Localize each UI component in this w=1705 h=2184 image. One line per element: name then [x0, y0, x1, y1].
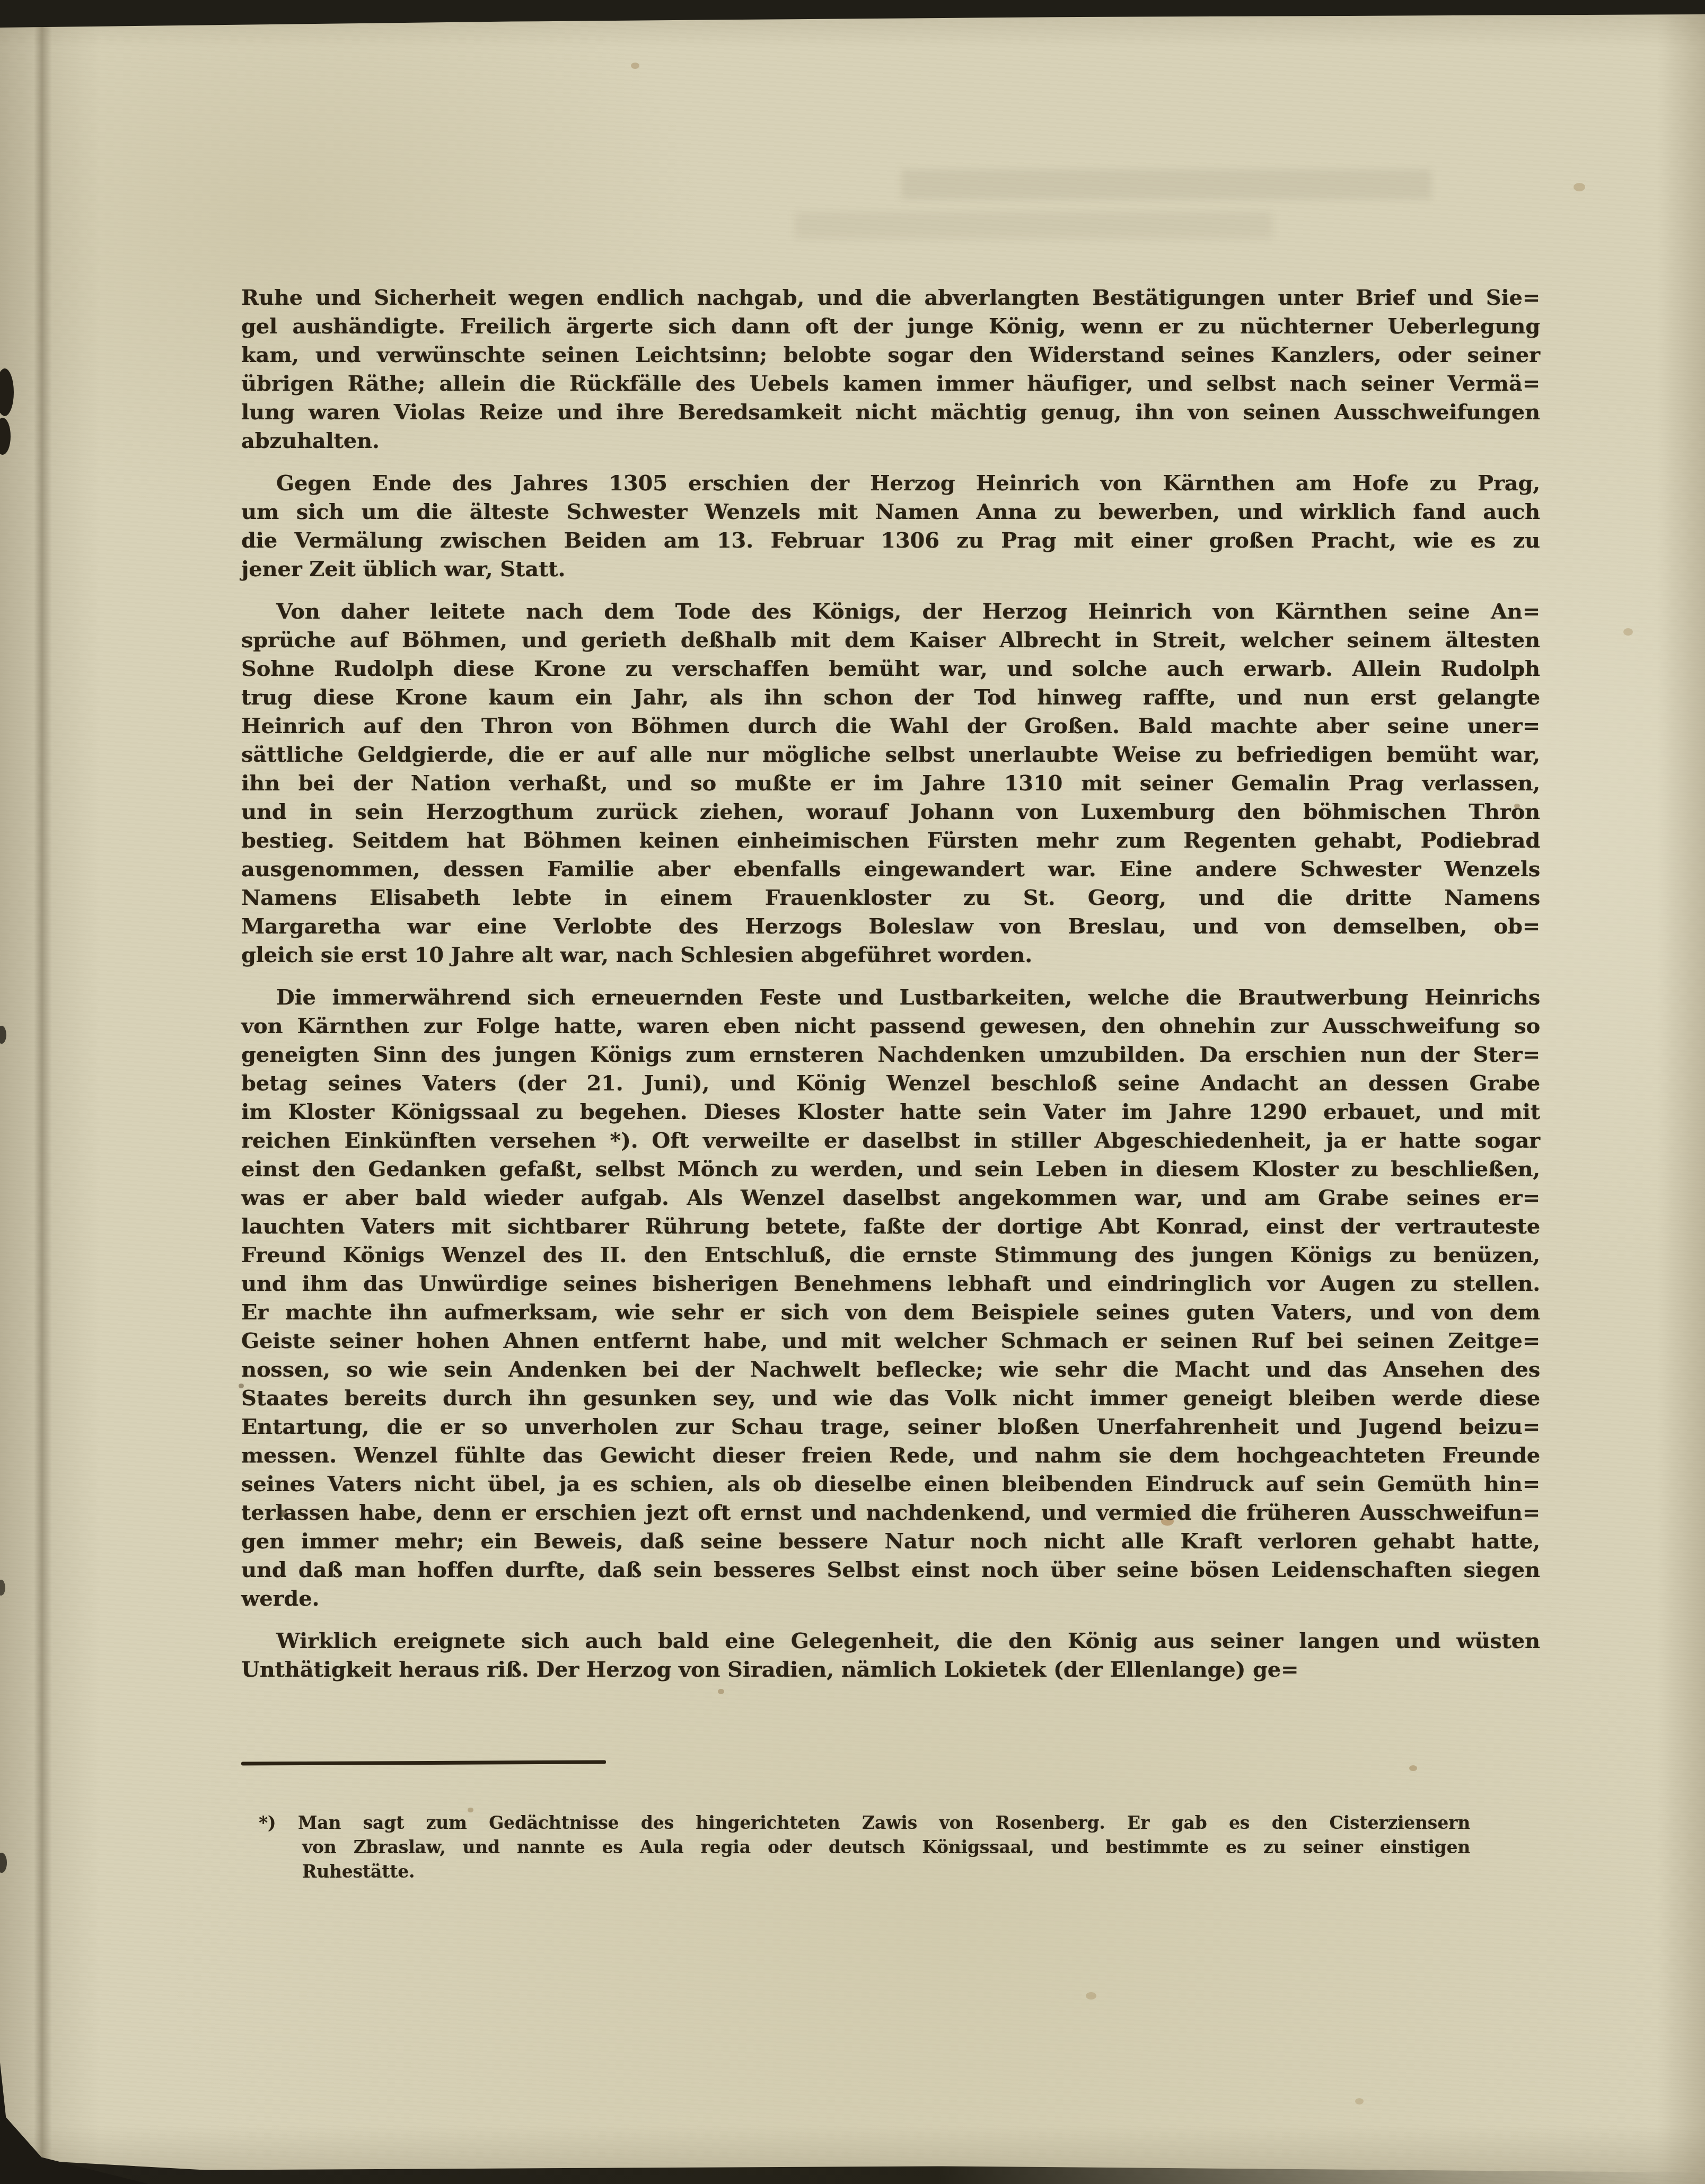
text-line: lung waren Violas Reize und ihre Beredsa…: [241, 398, 1540, 427]
paragraph: Gegen Ende des Jahres 1305 erschien der …: [241, 469, 1540, 584]
text-line: Freund Königs Wenzel des II. den Entschl…: [241, 1241, 1540, 1270]
foxing-spot: [1086, 1992, 1096, 2000]
text-line: geneigten Sinn des jungen Königs zum ern…: [241, 1041, 1540, 1069]
footnote-separator-rule: [241, 1760, 606, 1765]
text-line: Die immerwährend sich erneuernden Feste …: [241, 983, 1540, 1012]
text-line: gel aushändigte. Freilich ärgerte sich d…: [241, 312, 1540, 341]
binding-shadow-top: [0, 0, 1705, 28]
foxing-spot: [1409, 1765, 1417, 1771]
footnote-line: *) Man sagt zum Gedächtnisse des hingeri…: [259, 1811, 1470, 1835]
stitch-mark: [0, 1580, 5, 1596]
stitch-mark: [0, 418, 11, 455]
stitch-mark: [0, 368, 14, 416]
text-line: betag seines Vaters (der 21. Juni), und …: [241, 1069, 1540, 1098]
text-line: Staates bereits durch ihn gesunken sey, …: [241, 1384, 1540, 1413]
binding-shadow-bottom: [0, 2159, 1705, 2184]
text-line: Heinrich auf den Thron von Böhmen durch …: [241, 712, 1540, 741]
footnote-line: Ruhestätte.: [259, 1860, 1470, 1884]
stitch-mark: [0, 1026, 6, 1044]
text-line: einst den Gedanken gefaßt, selbst Mönch …: [241, 1155, 1540, 1184]
text-line: trug diese Krone kaum ein Jahr, als ihn …: [241, 683, 1540, 712]
text-line: was er aber bald wieder aufgab. Als Wenz…: [241, 1184, 1540, 1212]
text-line: Ruhe und Sicherheit wegen endlich nachga…: [241, 284, 1540, 312]
paragraph: Die immerwährend sich erneuernden Feste …: [241, 983, 1540, 1613]
text-block: Ruhe und Sicherheit wegen endlich nachga…: [241, 284, 1540, 1684]
verso-bleedthrough: [795, 212, 1272, 239]
text-line: seines Vaters nicht übel, ja es schien, …: [241, 1470, 1540, 1499]
text-line: Geiste seiner hohen Ahnen entfernt habe,…: [241, 1327, 1540, 1355]
text-line: übrigen Räthe; allein die Rückfälle des …: [241, 369, 1540, 398]
footnote-line: von Zbraslaw, und nannte es Aula regia o…: [259, 1835, 1470, 1860]
bottom-left-corner-shadow: [0, 2036, 148, 2184]
text-line: Er machte ihn aufmerksam, wie sehr er si…: [241, 1298, 1540, 1327]
foxing-spot: [718, 1689, 724, 1694]
text-line: und daß man hoffen durfte, daß sein bess…: [241, 1556, 1540, 1584]
foxing-spot: [1574, 183, 1585, 191]
text-line: jener Zeit üblich war, Statt.: [241, 555, 1540, 584]
text-line: im Kloster Königssaal zu begehen. Dieses…: [241, 1098, 1540, 1126]
text-line: terlassen habe, denn er erschien jezt of…: [241, 1499, 1540, 1527]
text-line: Unthätigkeit heraus riß. Der Herzog von …: [241, 1655, 1540, 1684]
stitch-mark: [0, 1853, 7, 1873]
text-line: die Vermälung zwischen Beiden am 13. Feb…: [241, 526, 1540, 555]
foxing-spot: [631, 63, 639, 69]
text-line: Von daher leitete nach dem Tode des Köni…: [241, 597, 1540, 626]
paragraph: Ruhe und Sicherheit wegen endlich nachga…: [241, 284, 1540, 455]
paragraph: Wirklich ereignete sich auch bald eine G…: [241, 1627, 1540, 1684]
footnote: *) Man sagt zum Gedächtnisse des hingeri…: [259, 1811, 1470, 1884]
text-line: messen. Wenzel fühlte das Gewicht dieser…: [241, 1441, 1540, 1470]
foxing-spot: [1355, 2098, 1364, 2104]
text-line: lauchten Vaters mit sichtbarer Rührung b…: [241, 1212, 1540, 1241]
text-line: um sich um die älteste Schwester Wenzels…: [241, 498, 1540, 526]
text-line: Sohne Rudolph diese Krone zu verschaffen…: [241, 655, 1540, 683]
text-line: nossen, so wie sein Andenken bei der Nac…: [241, 1355, 1540, 1384]
text-line: Entartung, die er so unverholen zur Scha…: [241, 1413, 1540, 1441]
text-line: kam, und verwünschte seinen Leichtsinn; …: [241, 341, 1540, 369]
paragraph: Von daher leitete nach dem Tode des Köni…: [241, 597, 1540, 970]
text-line: und ihm das Unwürdige seines bisherigen …: [241, 1270, 1540, 1298]
text-line: ihn bei der Nation verhaßt, und so mußte…: [241, 769, 1540, 798]
text-line: sättliche Geldgierde, die er auf alle nu…: [241, 741, 1540, 769]
text-line: Wirklich ereignete sich auch bald eine G…: [241, 1627, 1540, 1655]
verso-bleedthrough: [901, 170, 1431, 199]
text-line: reichen Einkünften versehen *). Oft verw…: [241, 1126, 1540, 1155]
text-line: gleich sie erst 10 Jahre alt war, nach S…: [241, 941, 1540, 970]
text-line: abzuhalten.: [241, 427, 1540, 455]
text-line: und in sein Herzogthum zurück ziehen, wo…: [241, 798, 1540, 826]
text-line: von Kärnthen zur Folge hatte, waren eben…: [241, 1012, 1540, 1041]
text-line: gen immer mehr; ein Beweis, daß seine be…: [241, 1527, 1540, 1556]
footnote-marker: *): [259, 1812, 298, 1833]
text-line: Gegen Ende des Jahres 1305 erschien der …: [241, 469, 1540, 498]
foxing-spot: [1623, 628, 1633, 636]
text-line: ausgenommen, dessen Familie aber ebenfal…: [241, 855, 1540, 884]
text-line: Namens Elisabeth lebte in einem Frauenkl…: [241, 884, 1540, 912]
text-line: sprüche auf Böhmen, und gerieth deßhalb …: [241, 626, 1540, 655]
text-line: bestieg. Seitdem hat Böhmen keinen einhe…: [241, 826, 1540, 855]
text-line: werde.: [241, 1584, 1540, 1613]
text-line: Margaretha war eine Verlobte des Herzogs…: [241, 912, 1540, 941]
gutter-crease: [34, 0, 52, 2184]
book-page-scan: { "page": { "paper_color": "#d8d2b8", "i…: [0, 0, 1705, 2184]
